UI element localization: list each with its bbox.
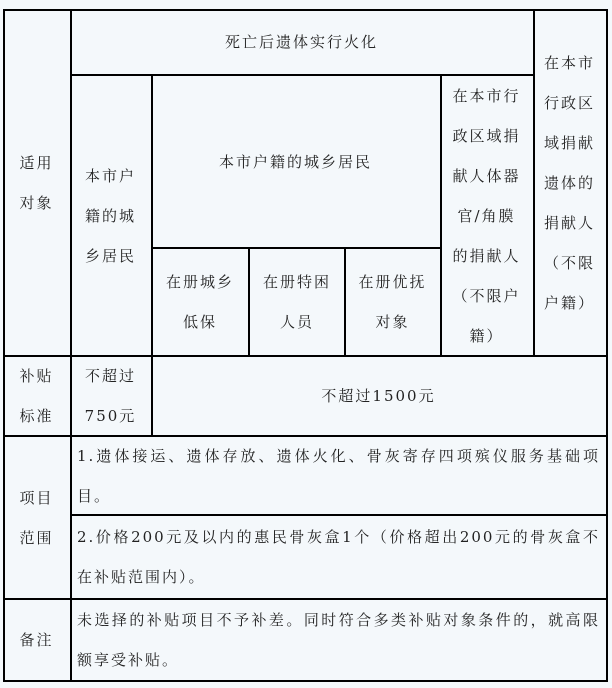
divider: [248, 247, 250, 356]
subgroup-extreme-poverty: 在册特困人员: [249, 248, 345, 356]
notes-text: 未选择的补贴项目不予补差。同时符合多类补贴对象条件的，就高限额享受补贴。: [70, 599, 606, 681]
divider: [3, 598, 608, 600]
local-residents-group-header: 本市户籍的城乡居民: [151, 75, 440, 248]
divider: [70, 74, 534, 76]
subgroup-special-care: 在册优抚对象: [345, 248, 440, 356]
subsidy-standard-residents: 不超过750元: [70, 356, 151, 436]
subgroup-low-income: 在册城乡低保: [151, 248, 249, 356]
divider: [151, 247, 441, 249]
divider: [3, 435, 608, 437]
border-bottom: [3, 680, 608, 682]
project-scope-item-2: 2.价格200元及以内的惠民骨灰盒1个（价格超出200元的骨灰盒不在补贴范围内）…: [70, 515, 606, 599]
local-residents-header: 本市户籍的城乡居民: [70, 75, 151, 356]
divider: [3, 355, 608, 357]
border-left: [3, 9, 5, 682]
divider: [151, 74, 153, 436]
border-top: [3, 9, 608, 11]
cremation-header: 死亡后遗体实行火化: [70, 9, 533, 75]
organ-donors-header: 在本市行政区域捐献人体器官/角膜的捐献人（不限户籍）: [440, 75, 533, 356]
border-right: [606, 9, 608, 682]
divider: [344, 247, 346, 356]
divider: [70, 514, 608, 516]
subsidy-standard-label: 补贴标准: [3, 356, 70, 436]
project-scope-item-1: 1.遗体接运、遗体存放、遗体火化、骨灰寄存四项殡仪服务基础项目。: [70, 436, 606, 515]
body-donors-header: 在本市行政区域捐献遗体的捐献人（不限户籍）: [533, 9, 606, 356]
divider: [440, 74, 442, 356]
notes-label: 备注: [3, 599, 70, 681]
applicable-objects-label: 适用对象: [3, 9, 70, 356]
project-scope-label: 项目范围: [3, 436, 70, 599]
divider: [70, 9, 72, 682]
divider: [533, 9, 535, 356]
subsidy-standard-others: 不超过1500元: [151, 356, 606, 436]
